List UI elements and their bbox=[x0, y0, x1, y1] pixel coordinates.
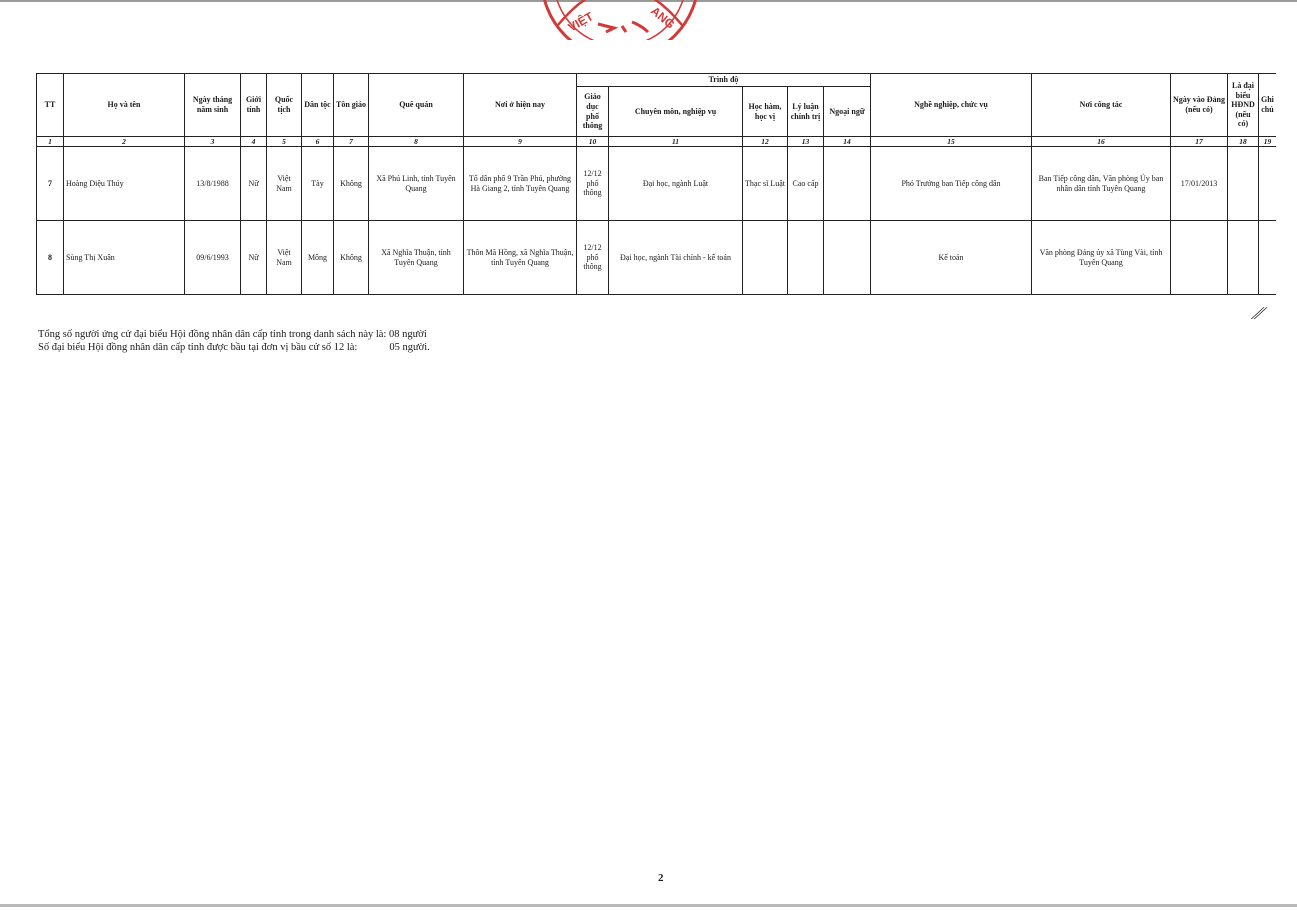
column-number: 2 bbox=[64, 137, 185, 147]
table-row: 7 Hoàng Diệu Thúy 13/8/1988 Nữ Việt Nam … bbox=[37, 147, 1276, 221]
cell-ngay-vao-dang: 17/01/2013 bbox=[1171, 147, 1228, 221]
column-number: 13 bbox=[788, 137, 824, 147]
column-number: 19 bbox=[1259, 137, 1276, 147]
cell-ho-va-ten: Hoàng Diệu Thúy bbox=[64, 147, 185, 221]
column-number: 4 bbox=[241, 137, 267, 147]
column-number-row: 1 2 3 4 5 6 7 8 9 10 11 12 13 14 15 16 1… bbox=[37, 137, 1276, 147]
cell-nghe-nghiep: Phó Trưởng ban Tiếp công dân bbox=[871, 147, 1032, 221]
cell-gioi-tinh: Nữ bbox=[241, 221, 267, 295]
header-ngay-vao-dang: Ngày vào Đảng (nếu có) bbox=[1171, 74, 1228, 137]
cell-tt: 8 bbox=[37, 221, 64, 295]
header-hoc-ham: Học hàm, học vị bbox=[743, 87, 788, 137]
cell-ly-luan bbox=[788, 221, 824, 295]
column-number: 7 bbox=[334, 137, 369, 147]
column-number: 14 bbox=[824, 137, 871, 147]
column-number: 17 bbox=[1171, 137, 1228, 147]
cell-ghi-chu bbox=[1259, 221, 1276, 295]
column-number: 1 bbox=[37, 137, 64, 147]
svg-text:ANG: ANG bbox=[648, 4, 677, 32]
cell-hoc-ham: Thạc sĩ Luật bbox=[743, 147, 788, 221]
header-ngay-sinh: Ngày tháng năm sinh bbox=[185, 74, 241, 137]
cell-ton-giao: Không bbox=[334, 147, 369, 221]
header-que-quan: Quê quán bbox=[369, 74, 464, 137]
header-ly-luan: Lý luận chính trị bbox=[788, 87, 824, 137]
summary-elected-value: 05 người. bbox=[389, 342, 429, 353]
header-noi-cong-tac: Nơi công tác bbox=[1032, 74, 1171, 137]
cell-dan-toc: Tày bbox=[302, 147, 334, 221]
cell-chuyen-mon: Đại học, ngành Luật bbox=[609, 147, 743, 221]
summary-elected-count: Số đại biểu Hội đồng nhân dân cấp tỉnh đ… bbox=[38, 341, 430, 354]
header-tt: TT bbox=[37, 74, 64, 137]
header-ton-giao: Tôn giáo bbox=[334, 74, 369, 137]
handwritten-initial-mark: ⁄⁄ bbox=[1252, 303, 1266, 324]
cell-ton-giao: Không bbox=[334, 221, 369, 295]
header-dai-bieu-hdnd: Là đại biểu HĐND (nếu có) bbox=[1228, 74, 1259, 137]
cell-ngoai-ngu bbox=[824, 221, 871, 295]
header-gioi-tinh: Giới tính bbox=[241, 74, 267, 137]
cell-dai-bieu-hdnd bbox=[1228, 221, 1259, 295]
cell-nghe-nghiep: Kế toán bbox=[871, 221, 1032, 295]
cell-noi-o: Thôn Mã Hồng, xã Nghĩa Thuận, tỉnh Tuyên… bbox=[464, 221, 577, 295]
column-number: 12 bbox=[743, 137, 788, 147]
header-row: TT Họ và tên Ngày tháng năm sinh Giới tí… bbox=[37, 74, 1276, 87]
header-noi-o: Nơi ở hiện nay bbox=[464, 74, 577, 137]
cell-dan-toc: Mông bbox=[302, 221, 334, 295]
column-number: 10 bbox=[577, 137, 609, 147]
column-number: 3 bbox=[185, 137, 241, 147]
page-number: 2 bbox=[658, 872, 664, 884]
cell-ngay-vao-dang bbox=[1171, 221, 1228, 295]
cell-ngoai-ngu bbox=[824, 147, 871, 221]
header-ngoai-ngu: Ngoại ngữ bbox=[824, 87, 871, 137]
cell-que-quan: Xã Phú Linh, tỉnh Tuyên Quang bbox=[369, 147, 464, 221]
cell-ngay-sinh: 09/6/1993 bbox=[185, 221, 241, 295]
cell-gioi-tinh: Nữ bbox=[241, 147, 267, 221]
column-number: 9 bbox=[464, 137, 577, 147]
column-number: 11 bbox=[609, 137, 743, 147]
summary-block: Tổng số người ứng cử đại biểu Hội đồng n… bbox=[38, 328, 430, 354]
cell-tt: 7 bbox=[37, 147, 64, 221]
header-ho-va-ten: Họ và tên bbox=[64, 74, 185, 137]
cell-giao-duc-pho-thong: 12/12 phổ thông bbox=[577, 221, 609, 295]
page-bottom-edge bbox=[0, 904, 1297, 907]
cell-ghi-chu bbox=[1259, 147, 1276, 221]
header-nghe-nghiep: Nghề nghiệp, chức vụ bbox=[871, 74, 1032, 137]
cell-hoc-ham bbox=[743, 221, 788, 295]
header-dan-toc: Dân tộc bbox=[302, 74, 334, 137]
column-number: 18 bbox=[1228, 137, 1259, 147]
header-giao-duc-pho-thong: Giáo dục phổ thông bbox=[577, 87, 609, 137]
cell-noi-o: Tổ dân phố 9 Trần Phú, phường Hà Giang 2… bbox=[464, 147, 577, 221]
column-number: 5 bbox=[267, 137, 302, 147]
cell-noi-cong-tac: Ban Tiếp công dân, Văn phòng Ủy ban nhân… bbox=[1032, 147, 1171, 221]
header-chuyen-mon: Chuyên môn, nghiệp vụ bbox=[609, 87, 743, 137]
cell-ho-va-ten: Sùng Thị Xuân bbox=[64, 221, 185, 295]
column-number: 16 bbox=[1032, 137, 1171, 147]
candidate-table: TT Họ và tên Ngày tháng năm sinh Giới tí… bbox=[36, 73, 1276, 295]
summary-total-candidates: Tổng số người ứng cử đại biểu Hội đồng n… bbox=[38, 328, 430, 341]
cell-ly-luan: Cao cấp bbox=[788, 147, 824, 221]
cell-noi-cong-tac: Văn phòng Đảng ủy xã Tùng Vài, tỉnh Tuyê… bbox=[1032, 221, 1171, 295]
column-number: 6 bbox=[302, 137, 334, 147]
column-number: 15 bbox=[871, 137, 1032, 147]
cell-ngay-sinh: 13/8/1988 bbox=[185, 147, 241, 221]
cell-que-quan: Xã Nghĩa Thuận, tỉnh Tuyên Quang bbox=[369, 221, 464, 295]
red-seal-stamp: VIỆT ANG bbox=[538, 0, 703, 40]
column-number: 8 bbox=[369, 137, 464, 147]
cell-giao-duc-pho-thong: 12/12 phổ thông bbox=[577, 147, 609, 221]
summary-elected-label: Số đại biểu Hội đồng nhân dân cấp tỉnh đ… bbox=[38, 342, 357, 353]
header-ghi-chu: Ghi chú bbox=[1259, 74, 1276, 137]
header-trinh-do: Trình độ bbox=[577, 74, 871, 87]
table-row: 8 Sùng Thị Xuân 09/6/1993 Nữ Việt Nam Mô… bbox=[37, 221, 1276, 295]
cell-quoc-tich: Việt Nam bbox=[267, 221, 302, 295]
cell-dai-bieu-hdnd bbox=[1228, 147, 1259, 221]
cell-quoc-tich: Việt Nam bbox=[267, 147, 302, 221]
cell-chuyen-mon: Đại học, ngành Tài chính - kế toán bbox=[609, 221, 743, 295]
header-quoc-tich: Quốc tịch bbox=[267, 74, 302, 137]
